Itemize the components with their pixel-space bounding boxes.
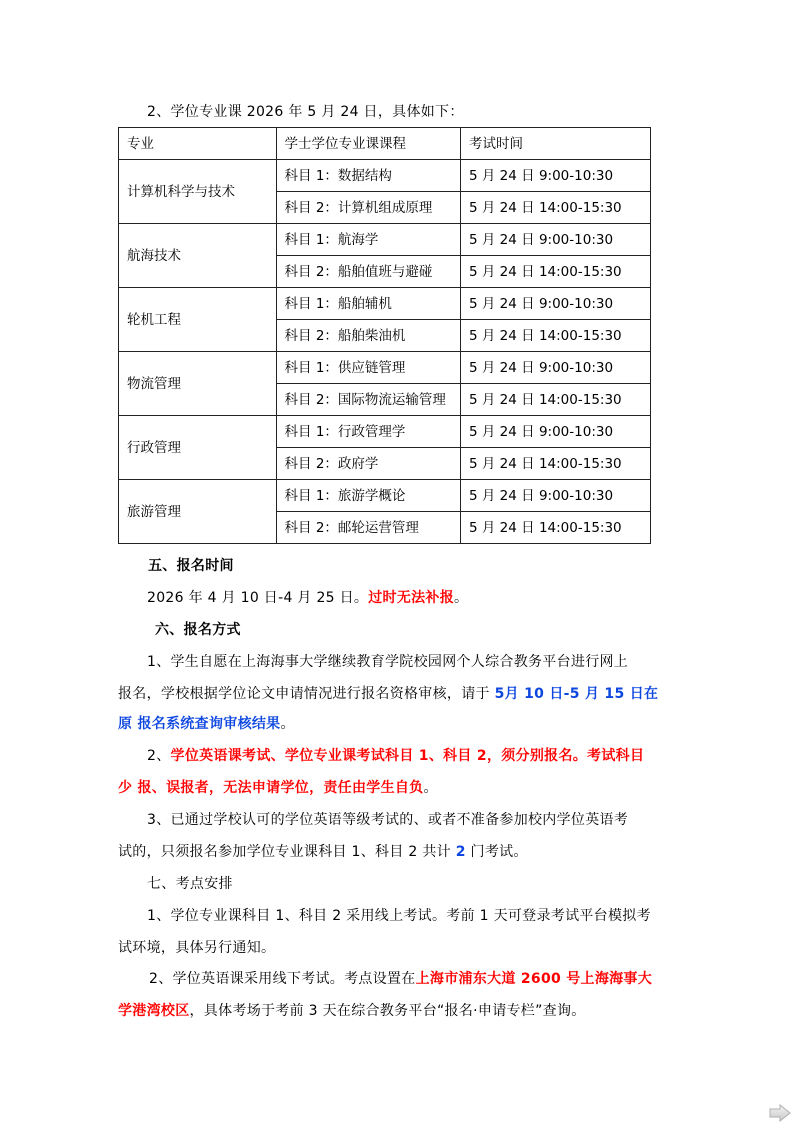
document-page: 2、学位专业课 2026 年 5 月 24 日，具体如下： 专业 学士学位专业课… [0, 0, 800, 1132]
course-cell: 科目 1：航海学 [276, 224, 460, 256]
course-cell: 科目 2：计算机组成原理 [276, 192, 460, 224]
major-cell: 行政管理 [119, 416, 277, 480]
s6-p1-line2: 报名，学校根据学位论文申请情况进行报名资格审核，请于 5月 10 日-5 月 1… [118, 684, 658, 704]
course-cell: 科目 1：旅游学概论 [276, 480, 460, 512]
s6-p1-line1: 1、学生自愿在上海海事大学继续教育学院校园网个人综合教务平台进行网上 [147, 652, 628, 672]
table-row: 计算机科学与技术 科目 1：数据结构 5 月 24 日 9:00-10:30 [119, 160, 651, 192]
s7-p2-line2-text: ，具体考场于考前 3 天在综合教务平台“报名·申请专栏”查询。 [190, 1003, 586, 1019]
time-cell: 5 月 24 日 14:00-15:30 [461, 256, 651, 288]
exam-schedule-table: 专业 学士学位专业课课程 考试时间 计算机科学与技术 科目 1：数据结构 5 月… [118, 127, 651, 544]
time-cell: 5 月 24 日 9:00-10:30 [461, 224, 651, 256]
period-end-punct: 。 [454, 590, 468, 606]
major-cell: 计算机科学与技术 [119, 160, 277, 224]
s6-p1-line3: 原 报名系统查询审核结果。 [118, 714, 295, 734]
s6-p2-line2: 少 报、误报者，无法申请学位，责任由学生自负。 [118, 778, 438, 798]
table-header-row: 专业 学士学位专业课课程 考试时间 [119, 128, 651, 160]
time-cell: 5 月 24 日 14:00-15:30 [461, 192, 651, 224]
header-major: 专业 [119, 128, 277, 160]
time-cell: 5 月 24 日 9:00-10:30 [461, 416, 651, 448]
time-cell: 5 月 24 日 14:00-15:30 [461, 512, 651, 544]
time-cell: 5 月 24 日 14:00-15:30 [461, 320, 651, 352]
s6-p3-line1: 3、已通过学校认可的学位英语等级考试的、或者不准备参加校内学位英语考 [147, 810, 628, 830]
exam-campus: 学港湾校区 [118, 1003, 190, 1019]
course-cell: 科目 2：船舶柴油机 [276, 320, 460, 352]
course-cell: 科目 2：船舶值班与避碰 [276, 256, 460, 288]
s7-p2-line2: 学港湾校区，具体考场于考前 3 天在综合教务平台“报名·申请专栏”查询。 [118, 1001, 586, 1021]
major-cell: 旅游管理 [119, 480, 277, 544]
s6-p2-prefix: 2、 [147, 748, 171, 764]
course-cell: 科目 2：政府学 [276, 448, 460, 480]
s6-p2-end-punct: 。 [423, 780, 437, 796]
review-date-range: 5月 10 日-5 月 15 日在 [495, 686, 659, 702]
s6-p3-line2-end: 门考试。 [466, 844, 528, 860]
course-cell: 科目 1：船舶辅机 [276, 288, 460, 320]
section7-heading: 七、考点安排 [147, 874, 233, 894]
s6-p1-line2-text: 报名，学校根据学位论文申请情况进行报名资格审核，请于 [118, 686, 495, 702]
separate-registration-warning: 学位英语课考试、学位专业课考试科目 1、科目 2，须分别报名。考试科目 [171, 748, 645, 764]
s7-p2-line1: 2、学位英语课采用线下考试。考点设置在上海市浦东大道 2600 号上海海事大 [149, 969, 652, 989]
major-cell: 物流管理 [119, 352, 277, 416]
section6-heading: 六、报名方式 [155, 620, 241, 640]
course-cell: 科目 1：供应链管理 [276, 352, 460, 384]
table-row: 行政管理 科目 1：行政管理学 5 月 24 日 9:00-10:30 [119, 416, 651, 448]
exam-count: 2 [456, 844, 466, 860]
table-row: 航海技术 科目 1：航海学 5 月 24 日 9:00-10:30 [119, 224, 651, 256]
s7-p1-line2: 试环境，具体另行通知。 [118, 938, 275, 958]
course-cell: 科目 1：数据结构 [276, 160, 460, 192]
course-cell: 科目 2：邮轮运营管理 [276, 512, 460, 544]
header-course: 学士学位专业课课程 [276, 128, 460, 160]
time-cell: 5 月 24 日 9:00-10:30 [461, 352, 651, 384]
table-row: 轮机工程 科目 1：船舶辅机 5 月 24 日 9:00-10:30 [119, 288, 651, 320]
time-cell: 5 月 24 日 9:00-10:30 [461, 480, 651, 512]
section5-heading: 五、报名时间 [148, 556, 234, 576]
time-cell: 5 月 24 日 14:00-15:30 [461, 384, 651, 416]
s6-p3-line2: 试的，只须报名参加学位专业课科目 1、科目 2 共计 2 门考试。 [118, 842, 528, 862]
intro-line: 2、学位专业课 2026 年 5 月 24 日，具体如下： [147, 102, 464, 122]
s6-p1-end-punct: 。 [280, 716, 294, 732]
course-cell: 科目 2：国际物流运输管理 [276, 384, 460, 416]
header-time: 考试时间 [461, 128, 651, 160]
major-cell: 航海技术 [119, 224, 277, 288]
s7-p1-line1: 1、学位专业课科目 1、科目 2 采用线上考试。考前 1 天可登录考试平台模拟考 [147, 906, 651, 926]
table-row: 旅游管理 科目 1：旅游学概论 5 月 24 日 9:00-10:30 [119, 480, 651, 512]
s6-p2-line1: 2、学位英语课考试、学位专业课考试科目 1、科目 2，须分别报名。考试科目 [147, 746, 644, 766]
s6-p3-line2-text: 试的，只须报名参加学位专业课科目 1、科目 2 共计 [118, 844, 456, 860]
no-late-registration-note: 过时无法补报 [368, 590, 454, 606]
responsibility-warning: 少 报、误报者，无法申请学位，责任由学生自负 [118, 780, 423, 796]
course-cell: 科目 1：行政管理学 [276, 416, 460, 448]
s7-p2-line1-text: 2、学位英语课采用线下考试。考点设置在 [149, 971, 416, 987]
next-page-arrow-icon[interactable] [768, 1104, 792, 1122]
registration-period: 2026 年 4 月 10 日-4 月 25 日。 [147, 590, 368, 606]
section5-text: 2026 年 4 月 10 日-4 月 25 日。过时无法补报。 [147, 588, 468, 608]
review-result-note: 原 报名系统查询审核结果 [118, 716, 280, 732]
major-cell: 轮机工程 [119, 288, 277, 352]
time-cell: 5 月 24 日 14:00-15:30 [461, 448, 651, 480]
table-row: 物流管理 科目 1：供应链管理 5 月 24 日 9:00-10:30 [119, 352, 651, 384]
time-cell: 5 月 24 日 9:00-10:30 [461, 160, 651, 192]
time-cell: 5 月 24 日 9:00-10:30 [461, 288, 651, 320]
exam-location-address: 上海市浦东大道 2600 号上海海事大 [416, 971, 652, 987]
